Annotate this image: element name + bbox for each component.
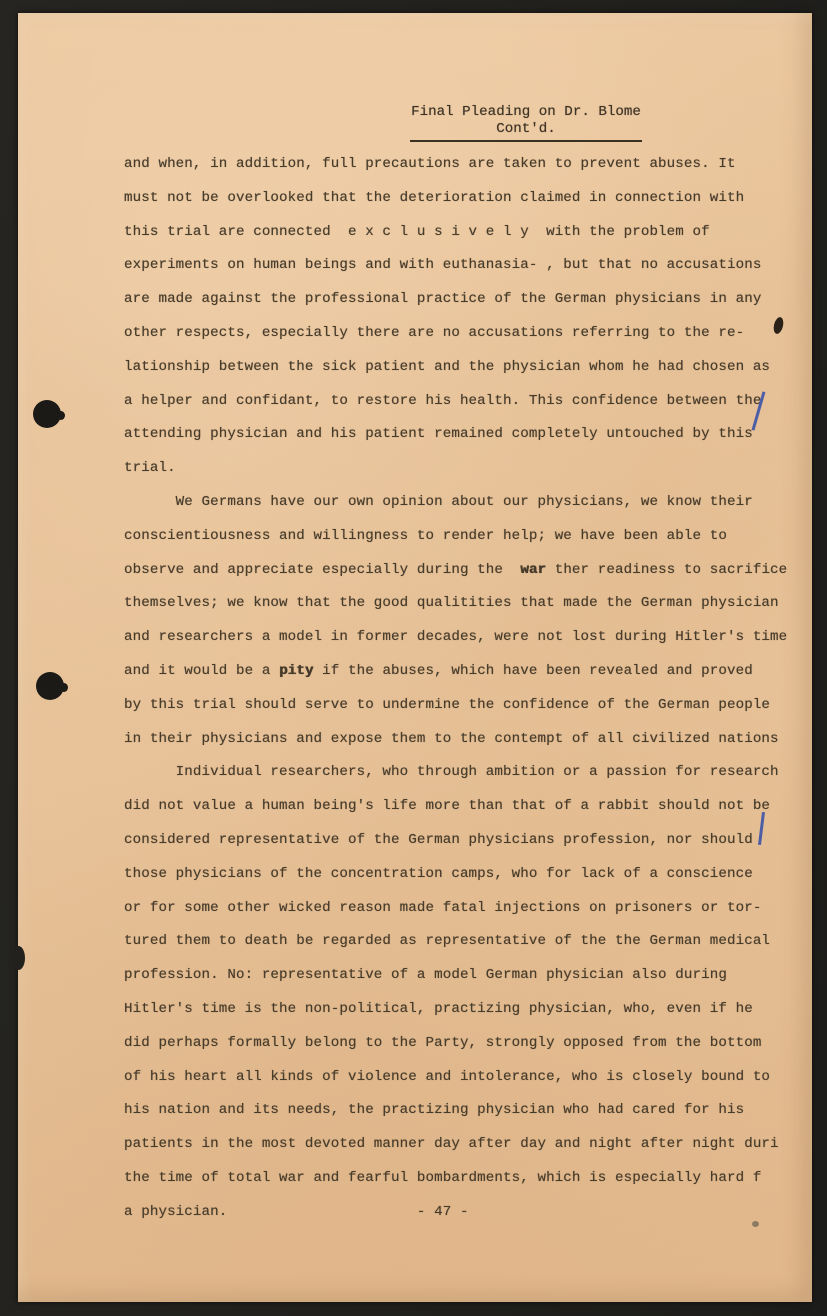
text-segment: if the abuses, which have been revealed … [314,663,753,679]
text-segment: a helper and confidant, to restore his h… [124,393,761,409]
text-line: and when, in addition, full precautions … [124,148,812,182]
text-line: patients in the most devoted manner day … [124,1128,812,1162]
text-line: considered representative of the German … [124,824,812,858]
text-segment: trial. [124,460,176,476]
text-line: his nation and its needs, the practizing… [124,1094,812,1128]
text-line: this trial are connected e x c l u s i v… [124,216,812,250]
text-segment: and when, in addition, full precautions … [124,156,736,172]
text-segment: and it would be a [124,663,279,679]
text-line: trial. [124,452,812,486]
text-line: did not value a human being's life more … [124,790,812,824]
text-line: tured them to death be regarded as repre… [124,925,812,959]
text-segment: are made against the professional practi… [124,291,761,307]
text-segment: a physician. [124,1204,227,1220]
document-header: Final Pleading on Dr. Blome Cont'd. [410,104,642,142]
text-segment: attending physician and his patient rema… [124,426,753,442]
text-segment: did perhaps formally belong to the Party… [124,1035,761,1051]
header-title: Final Pleading on Dr. Blome [410,104,642,121]
body-lines: and when, in addition, full precautions … [124,148,812,1230]
text-segment: observe and appreciate especially during… [124,562,520,578]
text-line: a helper and confidant, to restore his h… [124,385,812,419]
text-segment: his nation and its needs, the practizing… [124,1102,744,1118]
paper-speck [752,1221,759,1227]
text-line: We Germans have our own opinion about ou… [124,486,812,520]
text-segment: the time of total war and fearful bombar… [124,1170,761,1186]
text-line: and researchers a model in former decade… [124,621,812,655]
text-line: attending physician and his patient rema… [124,418,812,452]
text-segment: war [520,562,546,578]
text-line: and it would be a pity if the abuses, wh… [124,655,812,689]
text-line: themselves; we know that the good qualit… [124,587,812,621]
text-segment: experiments on human beings and with eut… [124,257,761,273]
text-segment: must not be overlooked that the deterior… [124,190,744,206]
text-segment: by this trial should serve to undermine … [124,697,770,713]
text-segment: other respects, especially there are no … [124,325,744,341]
text-segment: Individual researchers, who through ambi… [124,764,779,780]
text-line: Hitler's time is the non-political, prac… [124,993,812,1027]
edge-notch [12,946,25,970]
scanned-document-page: { "document": { "header": { "line1": "Fi… [0,0,827,1316]
text-line: did perhaps formally belong to the Party… [124,1027,812,1061]
text-segment [227,1204,417,1220]
text-segment: lationship between the sick patient and … [124,359,770,375]
text-line: the time of total war and fearful bombar… [124,1162,812,1196]
text-segment: or for some other wicked reason made fat… [124,900,761,916]
punch-hole [36,672,64,700]
text-segment: in their physicians and expose them to t… [124,731,779,747]
text-segment: did not value a human being's life more … [124,798,770,814]
text-line: lationship between the sick patient and … [124,351,812,385]
text-segment: profession. No: representative of a mode… [124,967,727,983]
text-line: experiments on human beings and with eut… [124,249,812,283]
text-segment: and researchers a model in former decade… [124,629,787,645]
text-segment: patients in the most devoted manner day … [124,1136,779,1152]
text-segment: those physicians of the concentration ca… [124,866,753,882]
page-number: - 47 - [417,1204,469,1220]
text-line: Individual researchers, who through ambi… [124,756,812,790]
text-segment: themselves; we know that the good qualit… [124,595,779,611]
text-segment: Hitler's time is the non-political, prac… [124,1001,753,1017]
text-line: conscientiousness and willingness to ren… [124,520,812,554]
text-line: or for some other wicked reason made fat… [124,892,812,926]
text-segment: this trial are connected e x c l u s i v… [124,224,710,240]
text-segment: conscientiousness and willingness to ren… [124,528,727,544]
text-segment: ther readiness to sacrifice [546,562,787,578]
text-line: profession. No: representative of a mode… [124,959,812,993]
text-line: are made against the professional practi… [124,283,812,317]
text-line: in their physicians and expose them to t… [124,723,812,757]
punch-hole [33,400,61,428]
text-line: a physician. - 47 - [124,1196,812,1230]
text-line: by this trial should serve to undermine … [124,689,812,723]
text-line: observe and appreciate especially during… [124,554,812,588]
text-line: must not be overlooked that the deterior… [124,182,812,216]
text-line: of his heart all kinds of violence and i… [124,1061,812,1095]
text-line: those physicians of the concentration ca… [124,858,812,892]
text-segment: pity [279,663,313,679]
text-segment: We Germans have our own opinion about ou… [124,494,753,510]
text-segment: considered representative of the German … [124,832,753,848]
text-segment: of his heart all kinds of violence and i… [124,1069,770,1085]
text-line: other respects, especially there are no … [124,317,812,351]
header-contd: Cont'd. [410,121,642,138]
text-segment: tured them to death be regarded as repre… [124,933,770,949]
